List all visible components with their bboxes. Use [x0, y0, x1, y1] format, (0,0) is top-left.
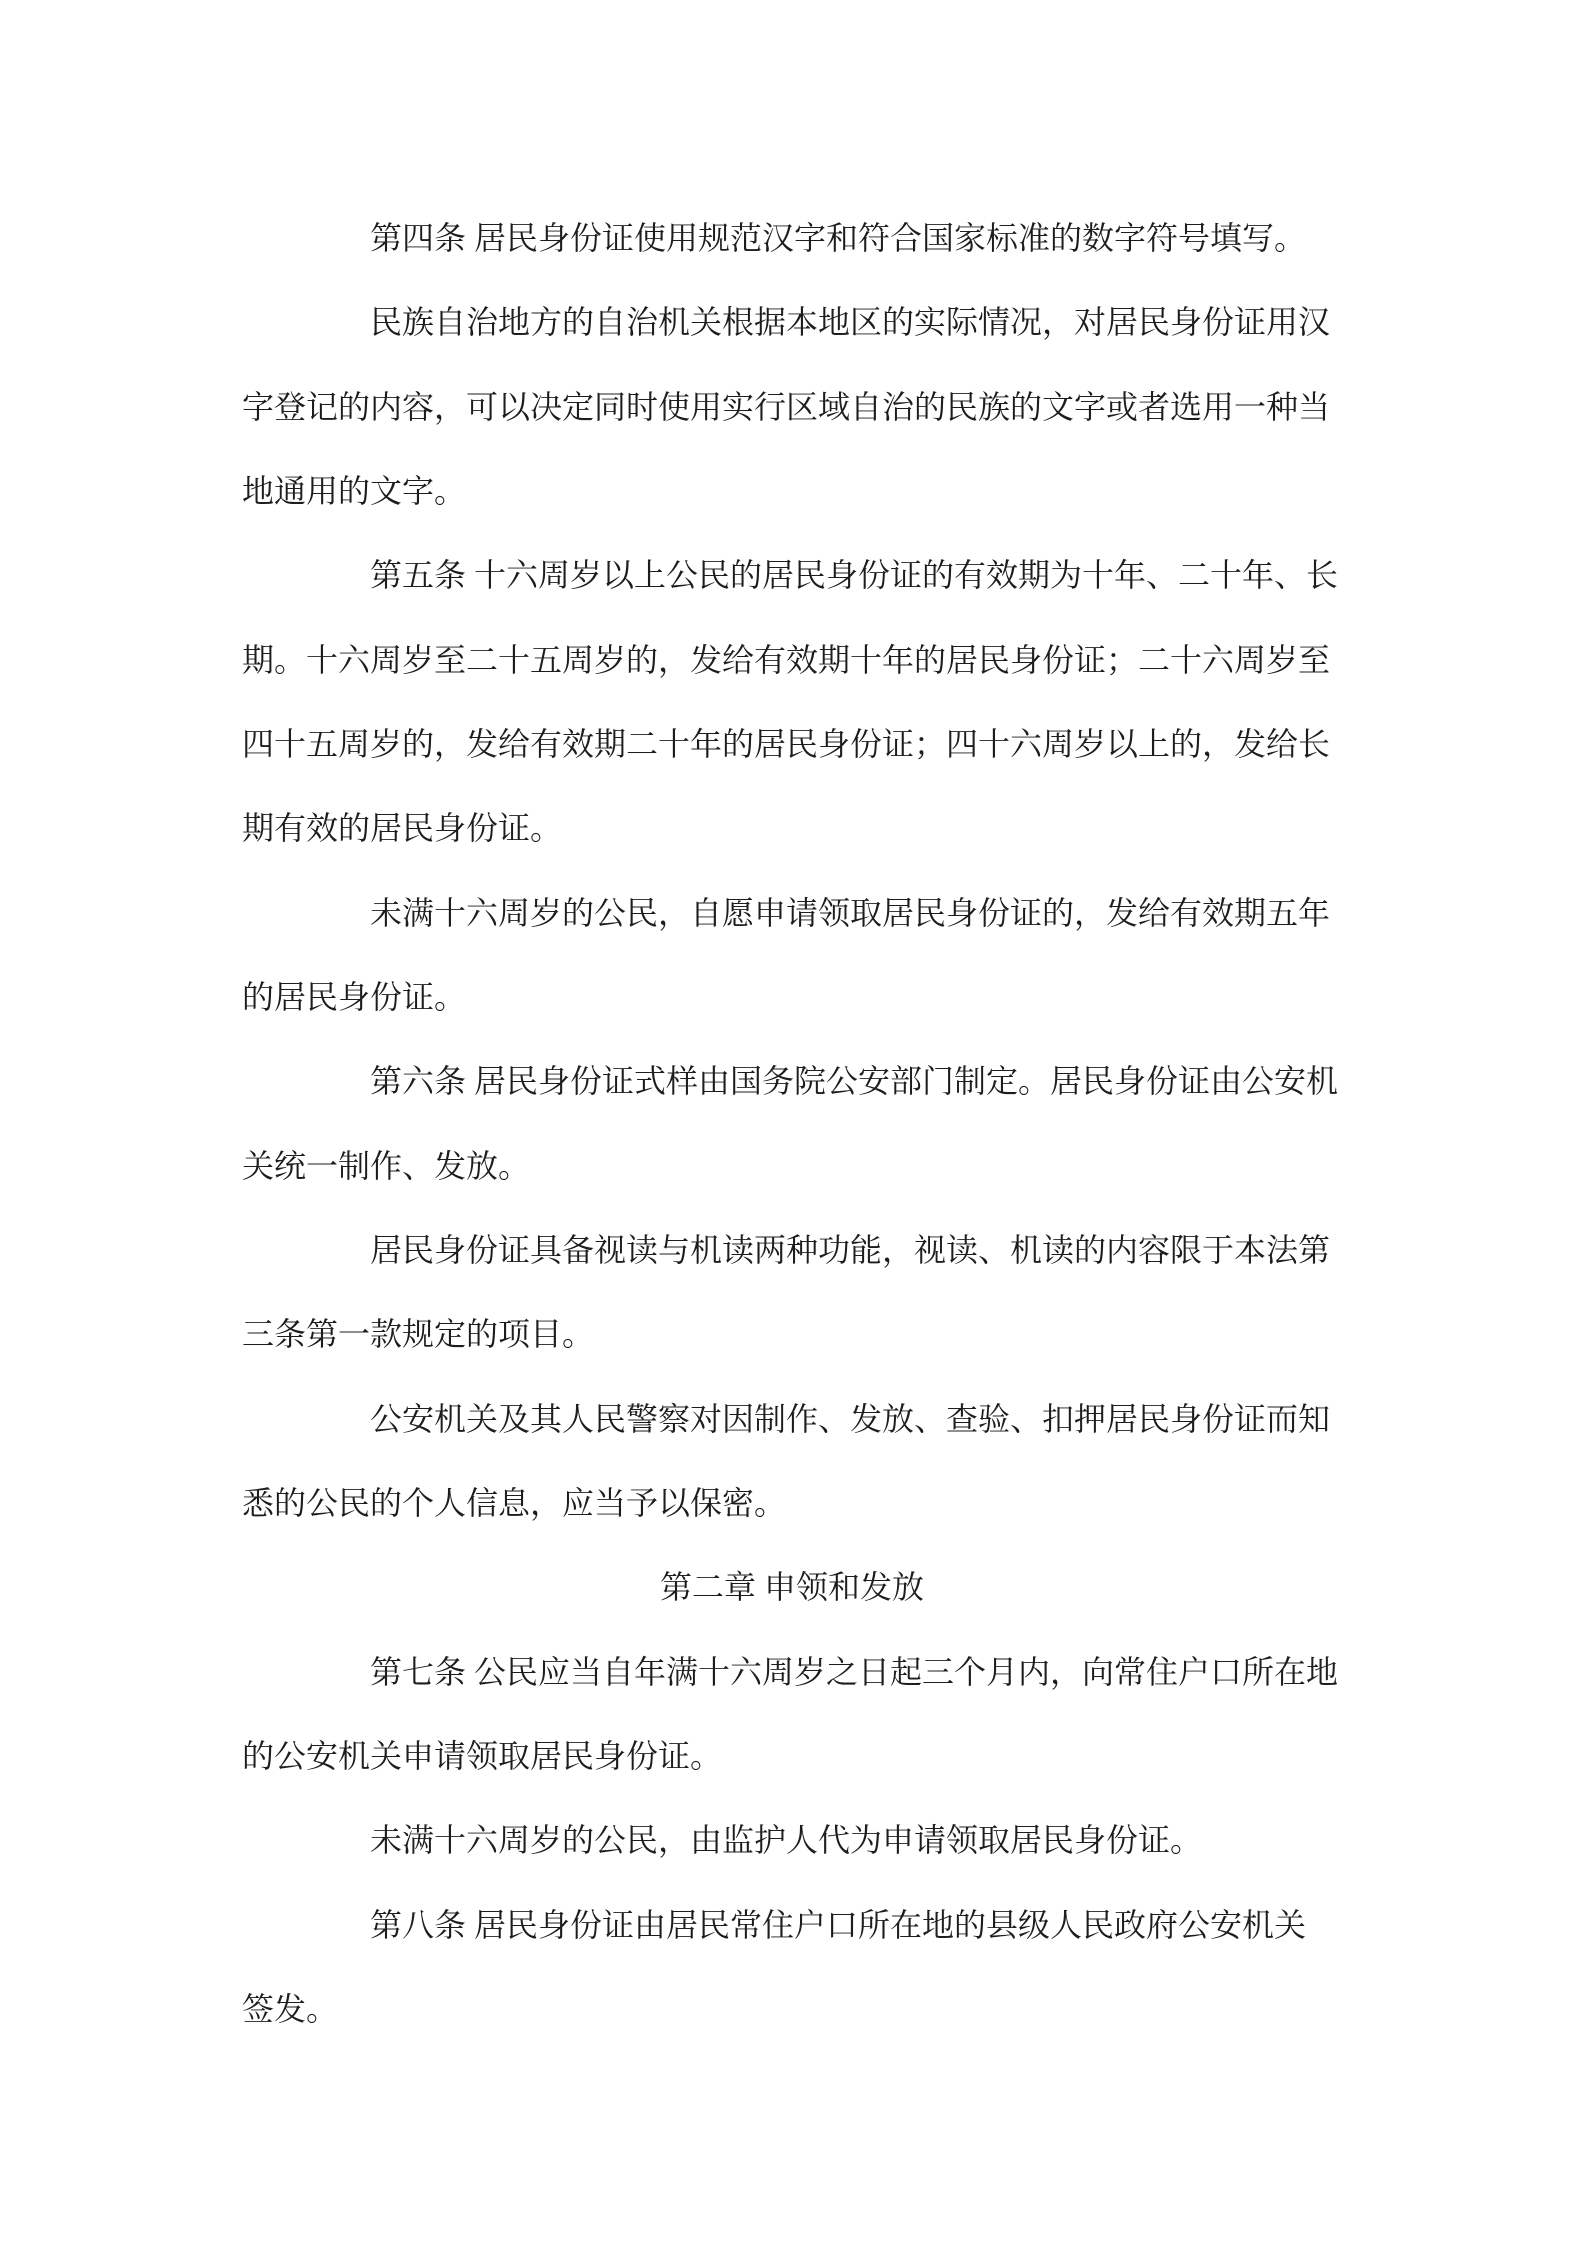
- paragraph-article: 第八条 居民身份证由居民常住户口所在地的县级人民政府公安机关签发。: [242, 1883, 1342, 2052]
- text-line: 居民身份证具备视读与机读两种功能，视读、机读的内容限于本法第: [242, 1208, 1342, 1292]
- text-line: 第六条 居民身份证式样由国务院公安部门制定。居民身份证由公安机: [242, 1039, 1342, 1123]
- text-line: 期有效的居民身份证。: [242, 786, 1342, 870]
- text-line: 第八条 居民身份证由居民常住户口所在地的县级人民政府公安机关: [242, 1883, 1342, 1967]
- paragraph-article: 第五条 十六周岁以上公民的居民身份证的有效期为十年、二十年、长期。十六周岁至二十…: [242, 533, 1342, 870]
- text-line: 未满十六周岁的公民，自愿申请领取居民身份证的，发给有效期五年: [242, 871, 1342, 955]
- text-line: 第五条 十六周岁以上公民的居民身份证的有效期为十年、二十年、长: [242, 533, 1342, 617]
- text-line: 第四条 居民身份证使用规范汉字和符合国家标准的数字符号填写。: [242, 196, 1342, 280]
- text-line: 公安机关及其人民警察对因制作、发放、查验、扣押居民身份证而知: [242, 1377, 1342, 1461]
- paragraph-article: 第四条 居民身份证使用规范汉字和符合国家标准的数字符号填写。: [242, 196, 1342, 280]
- text-line: 的公安机关申请领取居民身份证。: [242, 1714, 1342, 1798]
- text-line: 地通用的文字。: [242, 449, 1342, 533]
- text-line: 民族自治地方的自治机关根据本地区的实际情况，对居民身份证用汉: [242, 280, 1342, 364]
- paragraph-body: 未满十六周岁的公民，由监护人代为申请领取居民身份证。: [242, 1798, 1342, 1882]
- document-body: 第四条 居民身份证使用规范汉字和符合国家标准的数字符号填写。民族自治地方的自治机…: [242, 196, 1342, 2051]
- text-line: 关统一制作、发放。: [242, 1124, 1342, 1208]
- text-line: 第二章 申领和发放: [242, 1545, 1342, 1629]
- paragraph-article: 第七条 公民应当自年满十六周岁之日起三个月内，向常住户口所在地的公安机关申请领取…: [242, 1630, 1342, 1799]
- text-line: 的居民身份证。: [242, 955, 1342, 1039]
- text-line: 期。十六周岁至二十五周岁的，发给有效期十年的居民身份证；二十六周岁至: [242, 618, 1342, 702]
- chapter-heading: 第二章 申领和发放: [242, 1545, 1342, 1629]
- text-line: 悉的公民的个人信息，应当予以保密。: [242, 1461, 1342, 1545]
- text-line: 三条第一款规定的项目。: [242, 1292, 1342, 1376]
- text-line: 四十五周岁的，发给有效期二十年的居民身份证；四十六周岁以上的，发给长: [242, 702, 1342, 786]
- paragraph-body: 公安机关及其人民警察对因制作、发放、查验、扣押居民身份证而知悉的公民的个人信息，…: [242, 1377, 1342, 1546]
- text-line: 第七条 公民应当自年满十六周岁之日起三个月内，向常住户口所在地: [242, 1630, 1342, 1714]
- document-page: 第四条 居民身份证使用规范汉字和符合国家标准的数字符号填写。民族自治地方的自治机…: [0, 0, 1587, 2245]
- paragraph-body: 居民身份证具备视读与机读两种功能，视读、机读的内容限于本法第三条第一款规定的项目…: [242, 1208, 1342, 1377]
- paragraph-body: 民族自治地方的自治机关根据本地区的实际情况，对居民身份证用汉字登记的内容，可以决…: [242, 280, 1342, 533]
- text-line: 未满十六周岁的公民，由监护人代为申请领取居民身份证。: [242, 1798, 1342, 1882]
- paragraph-body: 未满十六周岁的公民，自愿申请领取居民身份证的，发给有效期五年的居民身份证。: [242, 871, 1342, 1040]
- text-line: 字登记的内容，可以决定同时使用实行区域自治的民族的文字或者选用一种当: [242, 365, 1342, 449]
- paragraph-article: 第六条 居民身份证式样由国务院公安部门制定。居民身份证由公安机关统一制作、发放。: [242, 1039, 1342, 1208]
- text-line: 签发。: [242, 1967, 1342, 2051]
